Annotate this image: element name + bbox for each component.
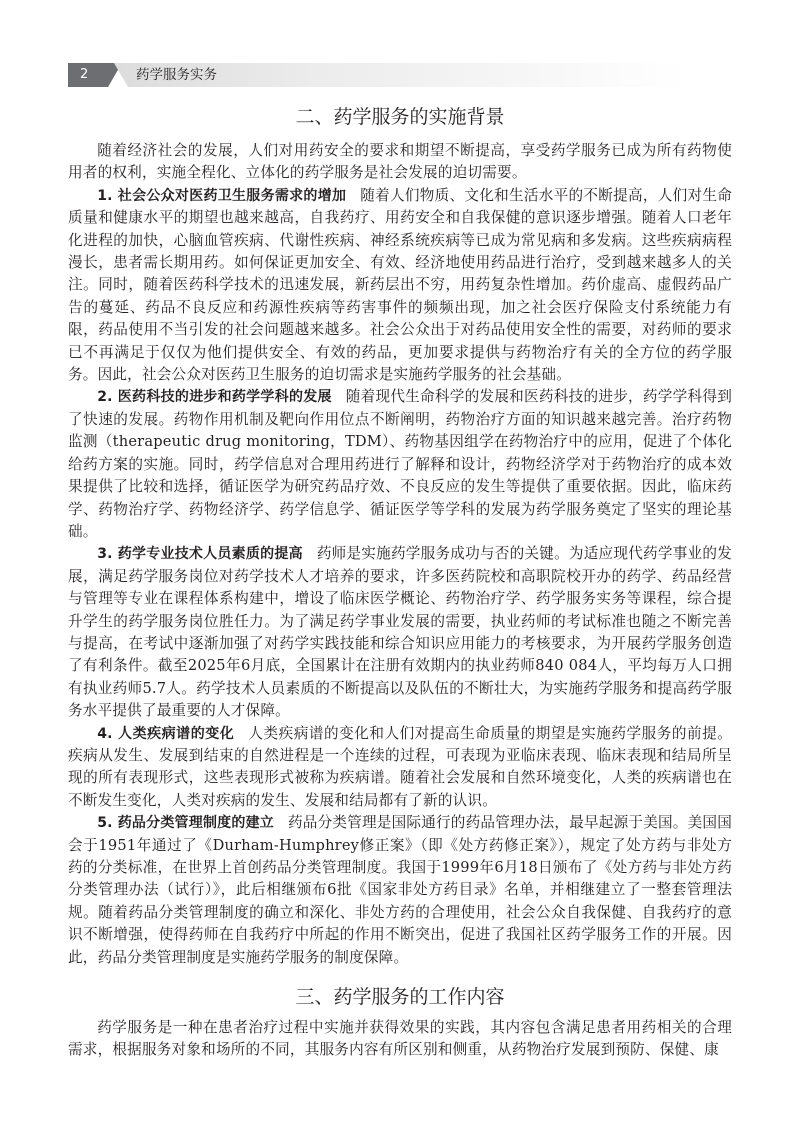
subsection-science-progress: 2. 医药科技的进步和药学学科的发展随着现代生命科学的发展和医药科技的进步，药学…	[68, 386, 732, 543]
subsection-public-demand: 1. 社会公众对医药卫生服务需求的增加随着人们物质、文化和生活水平的不断提高，人…	[68, 185, 732, 387]
section-title: 三、药学服务的工作内容	[68, 983, 732, 1011]
subsection-staff-quality: 3. 药学专业技术人员素质的提高药师是实施药学服务成功与否的关键。为适应现代药学…	[68, 543, 732, 722]
subsection-heading: 3. 药学专业技术人员素质的提高	[97, 546, 303, 562]
subsection-text: 药师是实施药学服务成功与否的关键。为适应现代药学事业的发展，满足药学服务岗位对药…	[68, 545, 732, 719]
section-intro: 药学服务是一种在患者治疗过程中实施并获得效果的实践，其内容包含满足患者用药相关的…	[68, 1017, 732, 1062]
subsection-heading: 2. 医药科技的进步和药学学科的发展	[97, 389, 332, 405]
section-intro: 随着经济社会的发展，人们对用药安全的要求和期望不断提高，享受药学服务已成为所有药…	[68, 140, 732, 185]
subsection-text: 药品分类管理是国际通行的药品管理办法，最早起源于美国。美国国会于1951年通过了…	[68, 814, 732, 965]
section-implementation-background: 二、药学服务的实施背景 随着经济社会的发展，人们对用药安全的要求和期望不断提高，…	[68, 103, 732, 969]
subsection-heading: 1. 社会公众对医药卫生服务需求的增加	[97, 188, 346, 204]
subsection-disease-spectrum: 4. 人类疾病谱的变化人类疾病谱的变化和人们对提高生命质量的期望是实施药学服务的…	[68, 723, 732, 813]
section-work-content: 三、药学服务的工作内容 药学服务是一种在患者治疗过程中实施并获得效果的实践，其内…	[68, 983, 732, 1062]
subsection-text: 随着现代生命科学的发展和医药科技的进步，药学学科得到了快速的发展。药物作用机制及…	[68, 388, 732, 539]
subsection-text: 随着人们物质、文化和生活水平的不断提高，人们对生命质量和健康水平的期望也越来越高…	[68, 187, 732, 383]
subsection-heading: 4. 人类疾病谱的变化	[97, 726, 234, 742]
running-header: 2 药学服务实务	[68, 63, 688, 87]
page-number: 2	[68, 63, 108, 87]
book-title: 药学服务实务	[136, 63, 217, 87]
section-title: 二、药学服务的实施背景	[68, 103, 732, 131]
subsection-classification-system: 5. 药品分类管理制度的建立药品分类管理是国际通行的药品管理办法，最早起源于美国…	[68, 812, 732, 969]
page-content: 二、药学服务的实施背景 随着经济社会的发展，人们对用药安全的要求和期望不断提高，…	[68, 103, 732, 1062]
subsection-heading: 5. 药品分类管理制度的建立	[97, 815, 274, 831]
